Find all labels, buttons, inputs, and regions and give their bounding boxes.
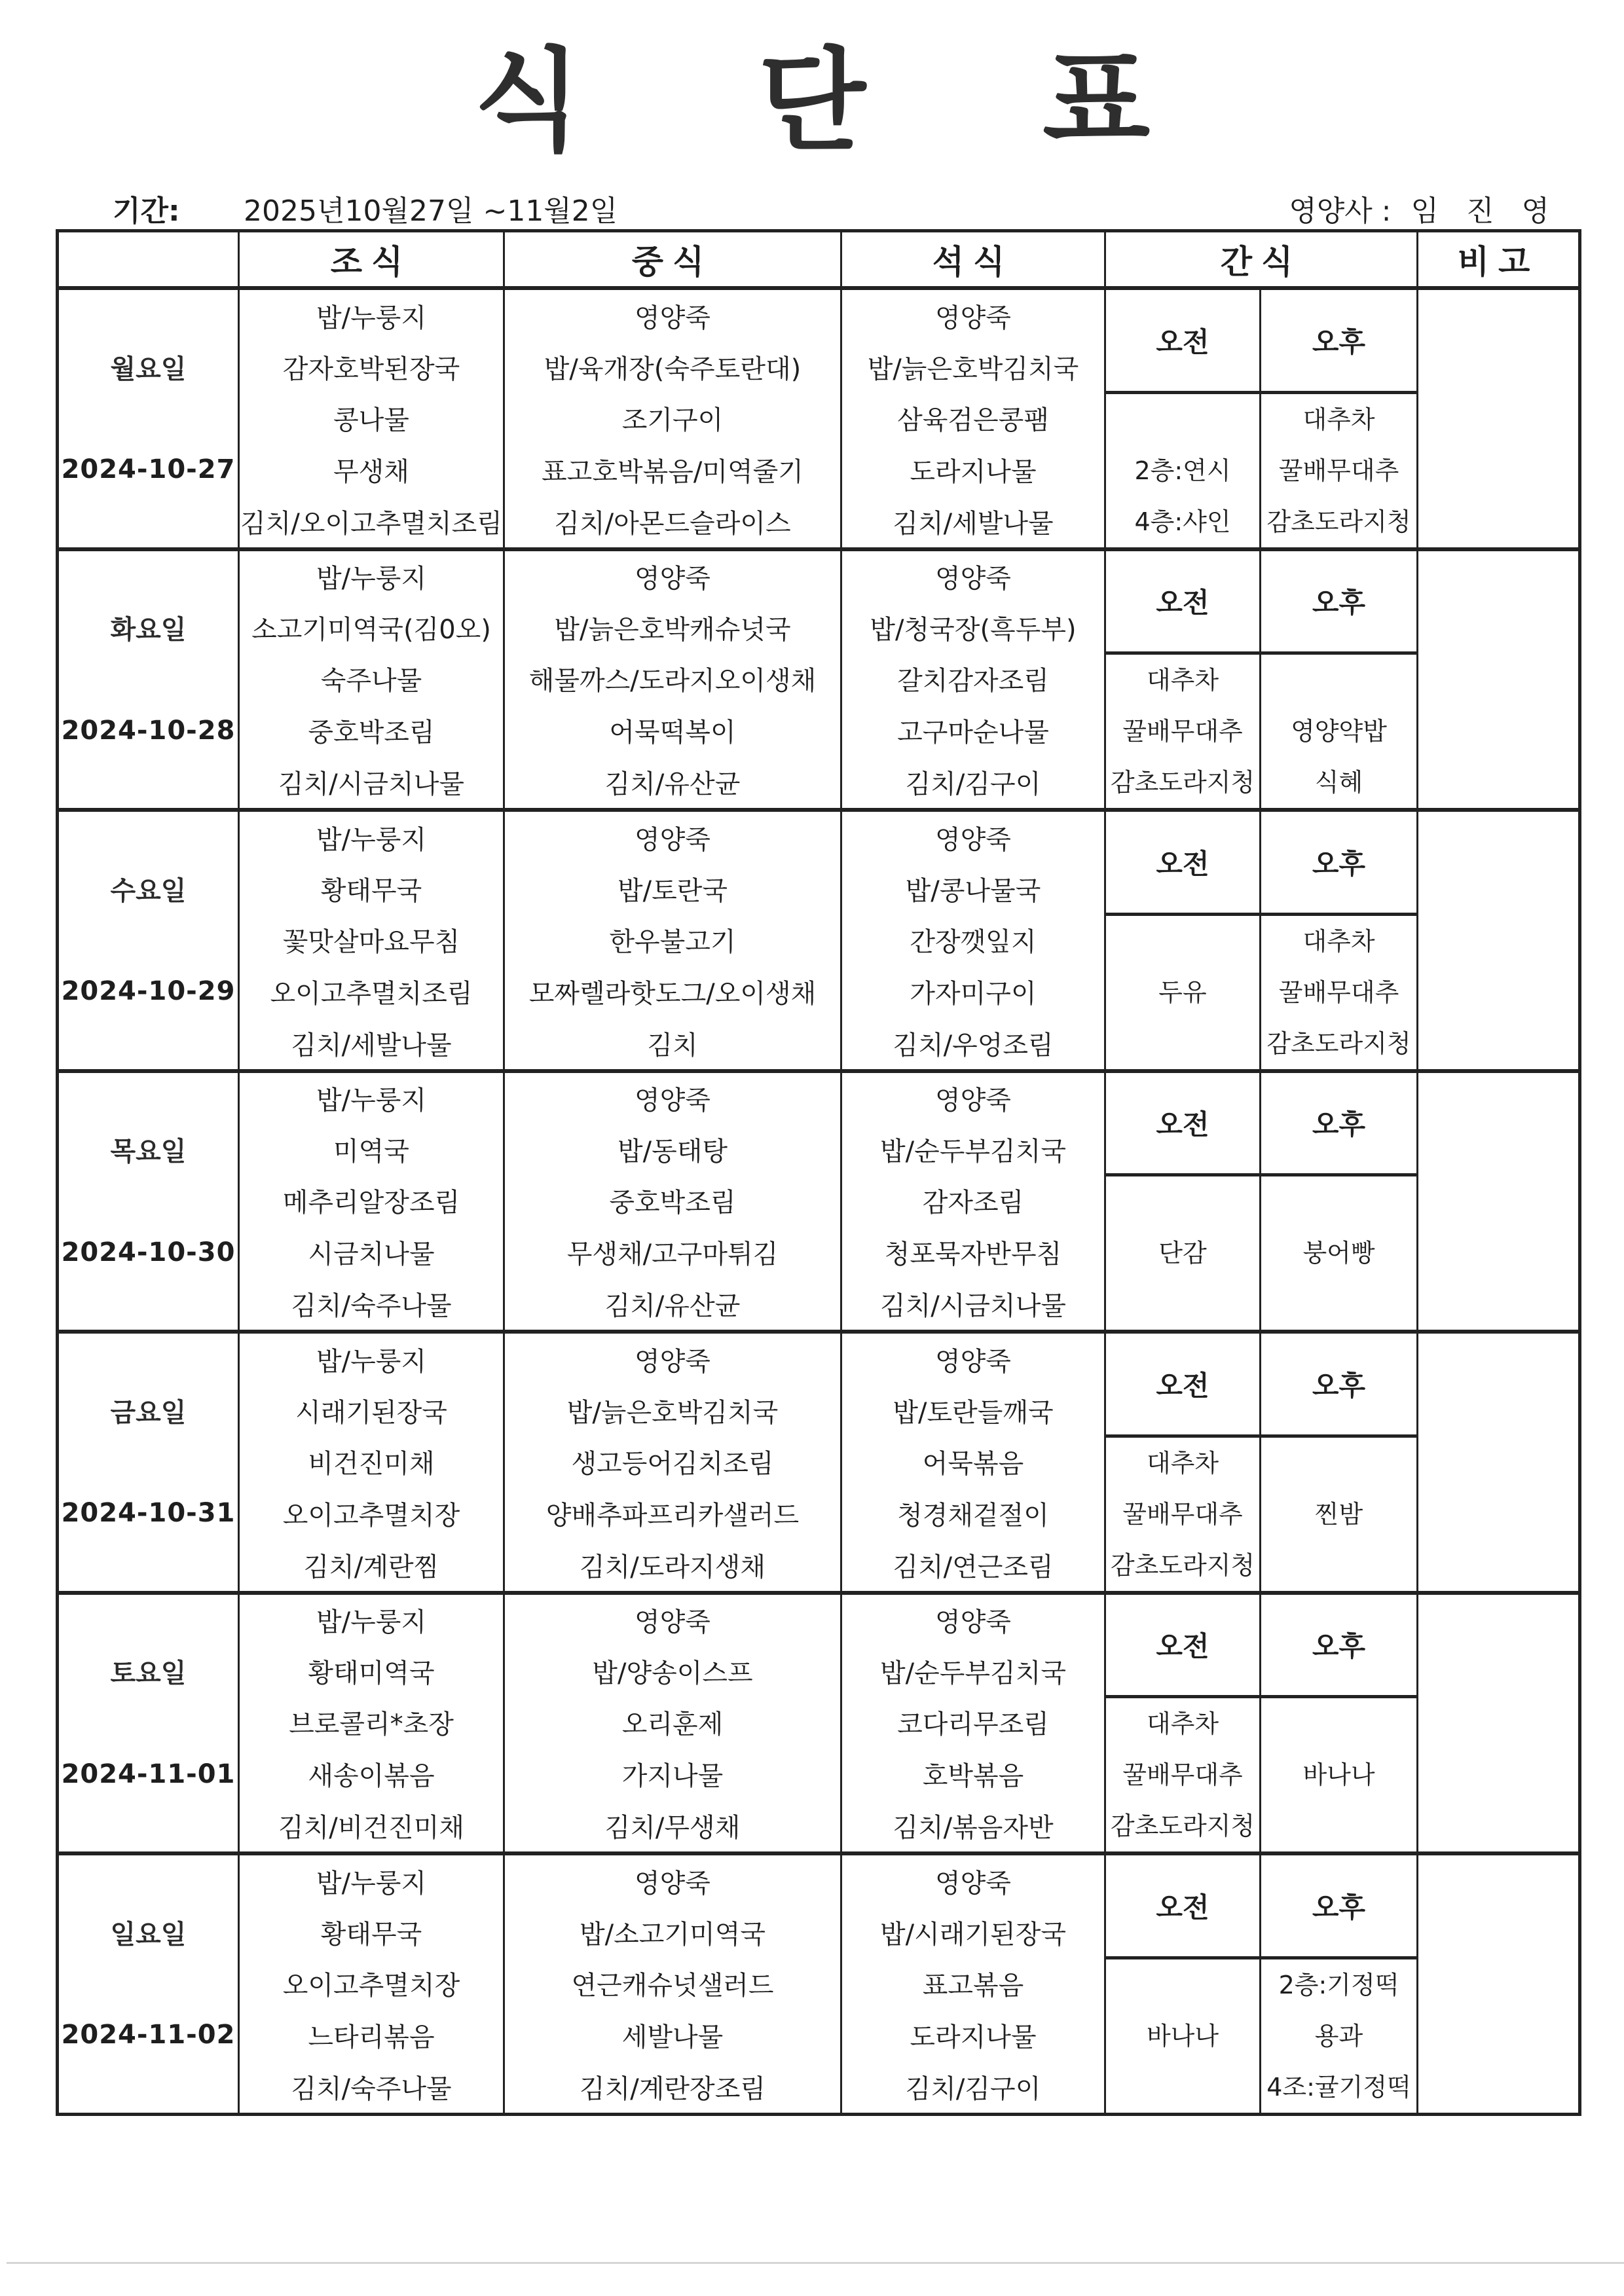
breakfast-item: 밥/누룽지 <box>239 549 504 602</box>
snack-item <box>1106 1018 1259 1069</box>
dinner-item: 밥/순두부김치국 <box>841 1124 1105 1175</box>
snack-item <box>1261 1176 1416 1228</box>
snack-item <box>1106 1279 1259 1330</box>
breakfast-item: 밥/누룽지 <box>239 810 504 863</box>
snack-item: 대추차 <box>1106 655 1259 706</box>
lunch-item: 밥/동태탕 <box>504 1124 841 1175</box>
day-cell-blank <box>58 1278 239 1332</box>
dinner-item: 김치/시금치나물 <box>841 1278 1105 1332</box>
day-cell-blank <box>58 1332 239 1385</box>
breakfast-item: 느타리볶음 <box>239 2009 504 2061</box>
dinner-item: 영양죽 <box>841 1593 1105 1646</box>
snack-item <box>1261 1540 1416 1591</box>
lunch-item: 김치/도라지생채 <box>504 1539 841 1593</box>
dinner-item: 삼육검은콩팸 <box>841 392 1105 444</box>
dinner-item: 영양죽 <box>841 1332 1105 1385</box>
dinner-item: 고구마순나물 <box>841 704 1105 756</box>
snack-item: 감초도라지청 <box>1261 496 1416 547</box>
lunch-item: 김치/아몬드슬라이스 <box>504 496 841 549</box>
snack-item: 붕어빵 <box>1261 1228 1416 1279</box>
breakfast-item: 비건진미채 <box>239 1436 504 1487</box>
snack-item: 용과 <box>1261 2011 1416 2062</box>
period-label: 기간: <box>113 187 244 229</box>
breakfast-item: 김치/오이고추멸치조림 <box>239 496 504 549</box>
day-row: 밥/누룽지영양죽영양죽오전오후 <box>58 1071 1580 1124</box>
breakfast-item: 무생채 <box>239 444 504 496</box>
lunch-item: 김치/계란장조림 <box>504 2061 841 2114</box>
dinner-item: 도라지나물 <box>841 2009 1105 2061</box>
day-row: 밥/누룽지영양죽영양죽오전오후 <box>58 549 1580 602</box>
snack-am-label: 오전 <box>1105 1853 1261 1958</box>
lunch-item: 영양죽 <box>504 288 841 341</box>
lunch-item: 세발나물 <box>504 2009 841 2061</box>
breakfast-item: 김치/숙주나물 <box>239 2061 504 2114</box>
day-name: 토요일 <box>58 1646 239 1697</box>
note-cell <box>1418 288 1580 549</box>
breakfast-item: 밥/누룽지 <box>239 1332 504 1385</box>
snack-am-items: 대추차꿀배무대추감초도라지청 <box>1105 653 1261 811</box>
snack-am-items: 단감 <box>1105 1175 1261 1332</box>
dinner-item: 호박볶음 <box>841 1748 1105 1800</box>
snack-item <box>1261 1698 1416 1749</box>
lunch-item: 중호박조림 <box>504 1175 841 1227</box>
lunch-item: 밥/토란국 <box>504 863 841 914</box>
snack-item: 감초도라지청 <box>1106 757 1259 808</box>
snack-pm-label: 오후 <box>1261 810 1418 914</box>
day-cell-blank <box>58 810 239 863</box>
breakfast-item: 새송이볶음 <box>239 1748 504 1800</box>
title-char: 표 <box>1043 46 1150 157</box>
dinner-item: 청포묵자반무침 <box>841 1226 1105 1278</box>
snack-pm-items: 바나나 <box>1261 1697 1418 1854</box>
snack-item: 식혜 <box>1261 757 1416 808</box>
lunch-item: 밥/늙은호박캐슈넛국 <box>504 602 841 653</box>
dinner-item: 밥/콩나물국 <box>841 863 1105 914</box>
dinner-item: 영양죽 <box>841 810 1105 863</box>
snack-item: 2층:기정떡 <box>1261 1959 1416 2011</box>
breakfast-item: 김치/비건진미채 <box>239 1800 504 1853</box>
lunch-item: 한우불고기 <box>504 914 841 966</box>
breakfast-item: 밥/누룽지 <box>239 1071 504 1124</box>
lunch-item: 모짜렐라핫도그/오이생채 <box>504 966 841 1017</box>
breakfast-item: 오이고추멸치조림 <box>239 966 504 1017</box>
breakfast-item: 시금치나물 <box>239 1226 504 1278</box>
day-cell-blank <box>58 1853 239 1906</box>
snack-item <box>1106 2062 1259 2113</box>
day-name: 월요일 <box>58 341 239 392</box>
day-cell-blank <box>58 1697 239 1749</box>
snack-pm-items: 붕어빵 <box>1261 1175 1418 1332</box>
snack-item: 대추차 <box>1106 1698 1259 1749</box>
day-date: 2024-10-28 <box>58 704 239 756</box>
menu-body: 밥/누룽지영양죽영양죽오전오후월요일감자호박된장국밥/육개장(숙주토란대)밥/늙… <box>58 288 1580 2114</box>
breakfast-item: 김치/계란찜 <box>239 1539 504 1593</box>
day-cell-blank <box>58 1071 239 1124</box>
snack-pm-items: 2층:기정떡용과4조:귤기정떡 <box>1261 1958 1418 2114</box>
title-char: 식 <box>474 46 581 157</box>
day-cell-blank <box>58 1958 239 2009</box>
day-name: 화요일 <box>58 602 239 653</box>
day-row: 비건진미채생고등어김치조림어묵볶음대추차꿀배무대추감초도라지청찐밤 <box>58 1436 1580 1487</box>
header-dinner: 석식 <box>841 231 1105 289</box>
breakfast-item: 소고기미역국(김0오) <box>239 602 504 653</box>
snack-am-items: 대추차꿀배무대추감초도라지청 <box>1105 1697 1261 1854</box>
day-row: 꽃맛살마요무침한우불고기간장깻잎지두유대추차꿀배무대추감초도라지청 <box>58 914 1580 966</box>
snack-item: 두유 <box>1106 967 1259 1018</box>
dinner-item: 간장깻잎지 <box>841 914 1105 966</box>
snack-pm-items: 대추차꿀배무대추감초도라지청 <box>1261 914 1418 1071</box>
day-row: 브로콜리*초장오리훈제코다리무조림대추차꿀배무대추감초도라지청바나나 <box>58 1697 1580 1749</box>
day-row: 밥/누룽지영양죽영양죽오전오후 <box>58 810 1580 863</box>
lunch-item: 양배추파프리카샐러드 <box>504 1487 841 1539</box>
snack-am-label: 오전 <box>1105 1593 1261 1697</box>
breakfast-item: 밥/누룽지 <box>239 288 504 341</box>
dinner-item: 김치/볶음자반 <box>841 1800 1105 1853</box>
snack-pm-items: 찐밤 <box>1261 1436 1418 1593</box>
day-row: 숙주나물해물까스/도라지오이생채갈치감자조림대추차꿀배무대추감초도라지청영양약밥… <box>58 653 1580 705</box>
snack-item: 단감 <box>1106 1228 1259 1279</box>
lunch-item: 가지나물 <box>504 1748 841 1800</box>
dinner-item: 영양죽 <box>841 1071 1105 1124</box>
snack-pm-label: 오후 <box>1261 549 1418 653</box>
day-cell-blank <box>58 1539 239 1593</box>
dietitian-line: 영양사 : 임 진 영 <box>1289 185 1559 231</box>
snack-am-label: 오전 <box>1105 549 1261 653</box>
dinner-item: 김치/김구이 <box>841 2061 1105 2114</box>
snack-pm-label: 오후 <box>1261 1071 1418 1175</box>
note-cell <box>1418 1853 1580 2114</box>
breakfast-item: 콩나물 <box>239 392 504 444</box>
snack-item: 꿀배무대추 <box>1261 967 1416 1018</box>
snack-item <box>1261 1438 1416 1489</box>
day-name: 일요일 <box>58 1906 239 1958</box>
snack-item <box>1106 394 1259 445</box>
dietitian-name: 임 진 영 <box>1411 187 1559 229</box>
snack-item: 대추차 <box>1106 1438 1259 1489</box>
lunch-item: 김치 <box>504 1017 841 1071</box>
snack-item: 2층:연시 <box>1106 445 1259 496</box>
snack-item <box>1106 916 1259 967</box>
lunch-item: 해물까스/도라지오이생채 <box>504 653 841 705</box>
snack-item: 찐밤 <box>1261 1489 1416 1540</box>
period-line: 기간: 2025년10월27일 ~11월2일 <box>113 185 618 231</box>
day-cell-blank <box>58 914 239 966</box>
snack-item: 영양약밥 <box>1261 706 1416 757</box>
dinner-item: 코다리무조림 <box>841 1697 1105 1749</box>
lunch-item: 오리훈제 <box>504 1697 841 1749</box>
dinner-item: 갈치감자조림 <box>841 653 1105 705</box>
dinner-item: 밥/순두부김치국 <box>841 1646 1105 1697</box>
day-cell-blank <box>58 1593 239 1646</box>
lunch-item: 김치/유산균 <box>504 1278 841 1332</box>
snack-item: 대추차 <box>1261 916 1416 967</box>
dinner-item: 영양죽 <box>841 549 1105 602</box>
breakfast-item: 숙주나물 <box>239 653 504 705</box>
lunch-item: 밥/육개장(숙주토란대) <box>504 341 841 392</box>
day-date: 2024-10-27 <box>58 444 239 496</box>
dinner-item: 밥/시래기된장국 <box>841 1906 1105 1958</box>
lunch-item: 표고호박볶음/미역줄기 <box>504 444 841 496</box>
dinner-item: 가자미구이 <box>841 966 1105 1017</box>
lunch-item: 밥/소고기미역국 <box>504 1906 841 1958</box>
day-row: 메추리알장조림중호박조림감자조림단감붕어빵 <box>58 1175 1580 1227</box>
lunch-item: 영양죽 <box>504 549 841 602</box>
header-blank <box>58 231 239 289</box>
snack-am-label: 오전 <box>1105 288 1261 392</box>
lunch-item: 김치/무생채 <box>504 1800 841 1853</box>
snack-item: 꿀배무대추 <box>1261 445 1416 496</box>
breakfast-item: 메추리알장조림 <box>239 1175 504 1227</box>
day-cell-blank <box>58 288 239 341</box>
snack-pm-label: 오후 <box>1261 1593 1418 1697</box>
lunch-item: 김치/유산균 <box>504 756 841 810</box>
day-date: 2024-10-31 <box>58 1487 239 1539</box>
day-date: 2024-10-30 <box>58 1226 239 1278</box>
breakfast-item: 김치/세발나물 <box>239 1017 504 1071</box>
day-cell-blank <box>58 2061 239 2114</box>
breakfast-item: 감자호박된장국 <box>239 341 504 392</box>
snack-item <box>1261 1800 1416 1851</box>
breakfast-item: 황태미역국 <box>239 1646 504 1697</box>
snack-item: 감초도라지청 <box>1261 1018 1416 1069</box>
dinner-item: 청경채겉절이 <box>841 1487 1105 1539</box>
day-name: 목요일 <box>58 1124 239 1175</box>
breakfast-item: 꽃맛살마요무침 <box>239 914 504 966</box>
snack-am-items: 두유 <box>1105 914 1261 1071</box>
snack-item: 감초도라지청 <box>1106 1540 1259 1591</box>
snack-am-items: 2층:연시4층:샤인 <box>1105 392 1261 549</box>
lunch-item: 어묵떡복이 <box>504 704 841 756</box>
breakfast-item: 오이고추멸치장 <box>239 1958 504 2009</box>
snack-item: 꿀배무대추 <box>1106 706 1259 757</box>
day-name: 금요일 <box>58 1385 239 1436</box>
day-row: 오이고추멸치장연근캐슈넛샐러드표고볶음바나나2층:기정떡용과4조:귤기정떡 <box>58 1958 1580 2009</box>
dinner-item: 김치/연근조림 <box>841 1539 1105 1593</box>
day-row: 밥/누룽지영양죽영양죽오전오후 <box>58 288 1580 341</box>
note-cell <box>1418 810 1580 1071</box>
header-row: 조식 중식 석식 간식 비고 <box>58 231 1580 289</box>
snack-pm-label: 오후 <box>1261 1853 1418 1958</box>
breakfast-item: 시래기된장국 <box>239 1385 504 1436</box>
dinner-item: 영양죽 <box>841 288 1105 341</box>
lunch-item: 조기구이 <box>504 392 841 444</box>
lunch-item: 밥/양송이스프 <box>504 1646 841 1697</box>
snack-item: 바나나 <box>1106 2011 1259 2062</box>
snack-item: 꿀배무대추 <box>1106 1489 1259 1540</box>
dinner-item: 감자조림 <box>841 1175 1105 1227</box>
lunch-item: 무생채/고구마튀김 <box>504 1226 841 1278</box>
dinner-item: 영양죽 <box>841 1853 1105 1906</box>
dinner-item: 밥/늙은호박김치국 <box>841 341 1105 392</box>
day-cell-blank <box>58 1436 239 1487</box>
snack-pm-items: 대추차꿀배무대추감초도라지청 <box>1261 392 1418 549</box>
breakfast-item: 밥/누룽지 <box>239 1853 504 1906</box>
day-row: 밥/누룽지영양죽영양죽오전오후 <box>58 1853 1580 1906</box>
header-lunch: 중식 <box>504 231 841 289</box>
header-breakfast: 조식 <box>239 231 504 289</box>
dinner-item: 도라지나물 <box>841 444 1105 496</box>
dinner-item: 밥/청국장(흑두부) <box>841 602 1105 653</box>
snack-pm-label: 오후 <box>1261 288 1418 392</box>
snack-pm-items: 영양약밥식혜 <box>1261 653 1418 811</box>
snack-item: 4조:귤기정떡 <box>1261 2062 1416 2113</box>
scan-edge-divider <box>7 2262 1624 2264</box>
snack-item: 바나나 <box>1261 1749 1416 1800</box>
snack-item <box>1261 655 1416 706</box>
snack-item: 꿀배무대추 <box>1106 1749 1259 1800</box>
header-note: 비고 <box>1418 231 1580 289</box>
snack-am-items: 대추차꿀배무대추감초도라지청 <box>1105 1436 1261 1593</box>
day-cell-blank <box>58 392 239 444</box>
day-cell-blank <box>58 549 239 602</box>
breakfast-item: 황태무국 <box>239 1906 504 1958</box>
breakfast-item: 김치/시금치나물 <box>239 756 504 810</box>
day-date: 2024-10-29 <box>58 966 239 1017</box>
page-title: 식 단 표 <box>0 39 1624 164</box>
day-cell-blank <box>58 756 239 810</box>
lunch-item: 영양죽 <box>504 1071 841 1124</box>
snack-item <box>1106 1959 1259 2011</box>
snack-item: 4층:샤인 <box>1106 496 1259 547</box>
snack-item <box>1106 1176 1259 1228</box>
snack-pm-label: 오후 <box>1261 1332 1418 1436</box>
day-cell-blank <box>58 1017 239 1071</box>
snack-item: 대추차 <box>1261 394 1416 445</box>
lunch-item: 영양죽 <box>504 1332 841 1385</box>
note-cell <box>1418 549 1580 811</box>
note-cell <box>1418 1332 1580 1593</box>
dinner-item: 김치/세발나물 <box>841 496 1105 549</box>
breakfast-item: 미역국 <box>239 1124 504 1175</box>
day-row: 밥/누룽지영양죽영양죽오전오후 <box>58 1593 1580 1646</box>
day-cell-blank <box>58 1175 239 1227</box>
day-name: 수요일 <box>58 863 239 914</box>
lunch-item: 생고등어김치조림 <box>504 1436 841 1487</box>
dinner-item: 김치/김구이 <box>841 756 1105 810</box>
dinner-item: 밥/토란들깨국 <box>841 1385 1105 1436</box>
snack-am-label: 오전 <box>1105 1332 1261 1436</box>
breakfast-item: 오이고추멸치장 <box>239 1487 504 1539</box>
period-value: 2025년10월27일 ~11월2일 <box>244 187 618 229</box>
dinner-item: 김치/우엉조림 <box>841 1017 1105 1071</box>
lunch-item: 영양죽 <box>504 1853 841 1906</box>
note-cell <box>1418 1593 1580 1854</box>
note-cell <box>1418 1071 1580 1332</box>
breakfast-item: 밥/누룽지 <box>239 1593 504 1646</box>
snack-am-label: 오전 <box>1105 1071 1261 1175</box>
day-row: 콩나물조기구이삼육검은콩팸2층:연시4층:샤인대추차꿀배무대추감초도라지청 <box>58 392 1580 444</box>
day-cell-blank <box>58 1800 239 1853</box>
lunch-item: 연근캐슈넛샐러드 <box>504 1958 841 2009</box>
breakfast-item: 황태무국 <box>239 863 504 914</box>
breakfast-item: 브로콜리*초장 <box>239 1697 504 1749</box>
snack-item: 감초도라지청 <box>1106 1800 1259 1851</box>
snack-am-label: 오전 <box>1105 810 1261 914</box>
header-snack: 간식 <box>1105 231 1418 289</box>
lunch-item: 영양죽 <box>504 1593 841 1646</box>
dinner-item: 표고볶음 <box>841 1958 1105 2009</box>
dietitian-label: 영양사 : <box>1289 187 1391 229</box>
breakfast-item: 김치/숙주나물 <box>239 1278 504 1332</box>
day-row: 밥/누룽지영양죽영양죽오전오후 <box>58 1332 1580 1385</box>
snack-am-items: 바나나 <box>1105 1958 1261 2114</box>
day-date: 2024-11-01 <box>58 1748 239 1800</box>
breakfast-item: 중호박조림 <box>239 704 504 756</box>
day-cell-blank <box>58 653 239 705</box>
title-char: 단 <box>758 46 866 157</box>
lunch-item: 밥/늙은호박김치국 <box>504 1385 841 1436</box>
menu-table: 조식 중식 석식 간식 비고 밥/누룽지영양죽영양죽오전오후월요일감자호박된장국… <box>56 229 1581 2116</box>
day-date: 2024-11-02 <box>58 2009 239 2061</box>
snack-item <box>1261 1279 1416 1330</box>
dinner-item: 어묵볶음 <box>841 1436 1105 1487</box>
lunch-item: 영양죽 <box>504 810 841 863</box>
day-cell-blank <box>58 496 239 549</box>
